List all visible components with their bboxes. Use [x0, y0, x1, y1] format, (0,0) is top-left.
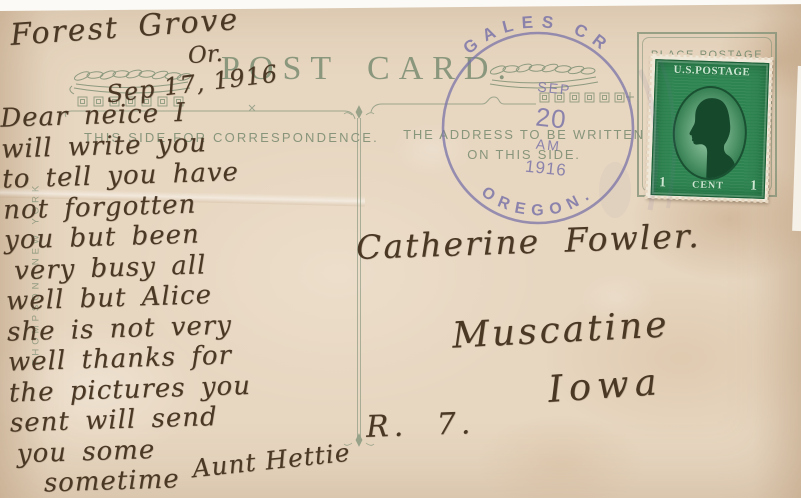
- stamp-country-text: U.S.POSTAGE: [656, 63, 768, 79]
- stamp-denomination-row: 1 CENT 1: [652, 175, 764, 195]
- address-line-state: Iowa: [547, 360, 664, 411]
- scan-edge-right: [792, 66, 801, 231]
- stamp-denomination-left: 1: [659, 175, 667, 191]
- address-side-label: THE ADDRESS TO BE WRITTEN ON THIS SIDE.: [396, 125, 652, 165]
- postmark: GALES CR OREGON. SEP 20 AM 1916: [443, 12, 633, 223]
- postage-stamp: U.S.POSTAGE 1 CENT 1: [646, 54, 773, 202]
- stamp-denomination-word: CENT: [692, 179, 724, 191]
- address-line-city: Muscatine: [451, 304, 670, 356]
- square-ornament-row-right: [540, 92, 634, 102]
- postcard-scan: POST CARD. THIS SIDE FOR CORRESPONDENCE.…: [0, 0, 801, 498]
- postage-stamp-design: U.S.POSTAGE 1 CENT 1: [651, 59, 770, 199]
- address-line-route: R. 7.: [365, 406, 475, 445]
- stamp-denomination-right: 1: [750, 178, 758, 194]
- postmark-state: OREGON.: [478, 184, 598, 220]
- postmark-month: SEP: [537, 78, 573, 97]
- address-side-label-line1: THE ADDRESS TO BE WRITTEN: [396, 125, 652, 145]
- washington-portrait-icon: [673, 87, 746, 179]
- svg-text:OREGON.: OREGON.: [478, 184, 598, 220]
- dateline-state: Or.: [187, 41, 223, 69]
- scan-edge-top: [0, 0, 801, 11]
- stamp-portrait-oval: [671, 85, 748, 182]
- address-line-name: Catherine Fowler.: [355, 216, 701, 267]
- address-side-label-line2: ON THIS SIDE.: [396, 145, 652, 165]
- message-block: Dear neice I will write you to tell you …: [0, 92, 370, 498]
